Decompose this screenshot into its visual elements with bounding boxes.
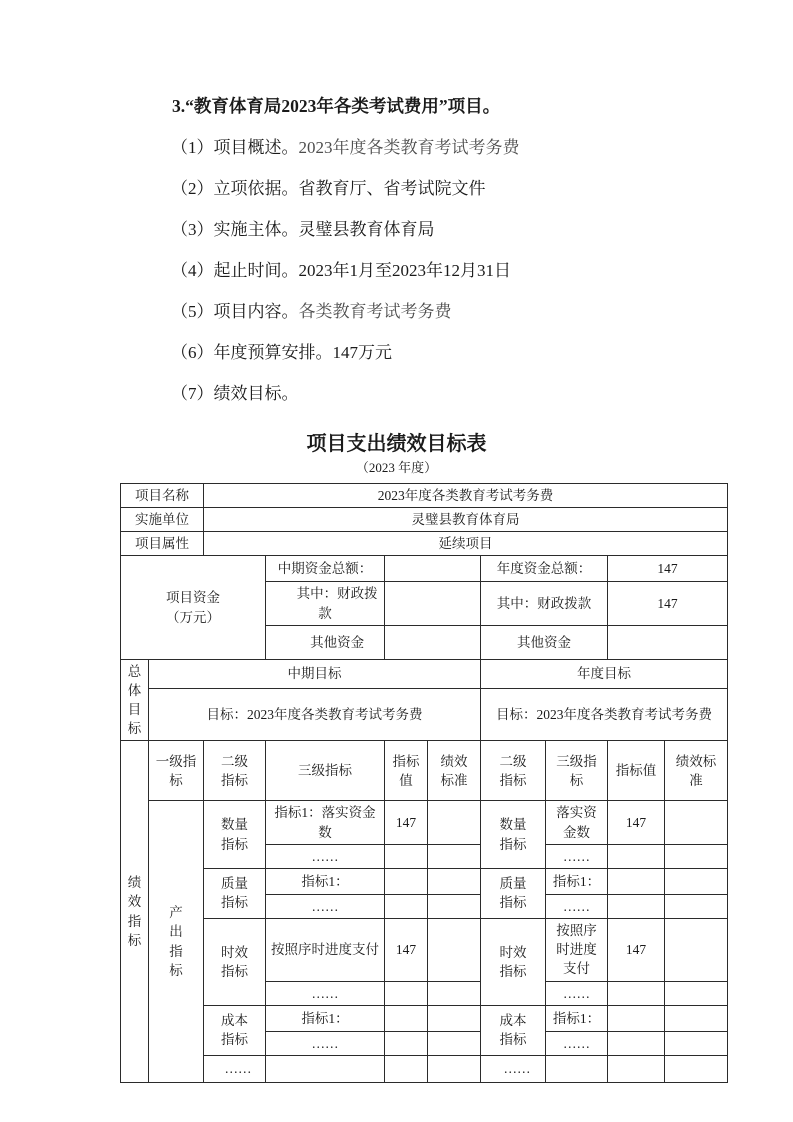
row-timeliness-1: 时效指标 按照序时进度支付 147 时效指标 按照序时进度支付 147	[121, 919, 728, 981]
empty-cell	[385, 1031, 428, 1055]
performance-indicator-label: 绩 效 指 标	[121, 741, 149, 1082]
cost-right-ellipsis: ……	[546, 1031, 608, 1055]
intro-item-6: （6）年度预算安排。147万元	[137, 332, 723, 373]
mid-total-value	[385, 556, 481, 582]
quality-indicator-label: 质量指标	[204, 868, 266, 918]
quality-left-indicator: 指标1：	[266, 868, 385, 894]
mid-fiscal-label: 其中：财政拨款	[266, 582, 385, 625]
row-quality-1: 质量指标 指标1： 质量指标 指标1：	[121, 868, 728, 894]
empty-cell	[665, 1055, 728, 1082]
empty-cell	[385, 894, 428, 918]
annual-total-value: 147	[608, 556, 728, 582]
row-quantity-1: 产 出 指 标 数量指标 指标1：落实资金数 147 数量指标 落实资金数 14…	[121, 801, 728, 844]
intro-item-1-label: （1）项目概述。	[171, 138, 299, 157]
quality-right-indicator: 指标1：	[546, 868, 608, 894]
quantity-right-indicator: 落实资金数	[546, 801, 608, 844]
quantity-right-ellipsis: ……	[546, 844, 608, 868]
header-level2-right: 二级指标	[481, 741, 546, 801]
mid-goal-header: 中期目标	[149, 659, 481, 688]
empty-cell	[608, 894, 665, 918]
mid-other-value	[385, 625, 481, 659]
annual-other-value	[608, 625, 728, 659]
intro-item-5: （5）项目内容。各类教育考试考务费	[137, 291, 723, 332]
empty-cell	[266, 1055, 385, 1082]
project-name-value: 2023年度各类教育考试考务费	[204, 484, 728, 508]
row-cost-1: 成本指标 指标1： 成本指标 指标1：	[121, 1005, 728, 1031]
empty-cell	[665, 894, 728, 918]
empty-cell	[665, 981, 728, 1005]
timeliness-indicator-label: 时效指标	[204, 919, 266, 1006]
project-attribute-label: 项目属性	[121, 532, 204, 556]
quantity-right-value: 147	[608, 801, 665, 844]
row-funding-total: 项目资金 （万元） 中期资金总额： 年度资金总额： 147	[121, 556, 728, 582]
implementing-unit-value: 灵璧县教育体育局	[204, 508, 728, 532]
quantity-indicator-label-right: 数量指标	[481, 801, 546, 868]
header-level3-left: 三级指标	[266, 741, 385, 801]
annual-goal-header: 年度目标	[481, 659, 728, 688]
table-subtitle: （2023 年度）	[0, 458, 793, 478]
empty-cell	[428, 844, 481, 868]
empty-cell	[546, 1055, 608, 1082]
intro-item-6-label: （6）年度预算安排。	[171, 343, 333, 362]
empty-cell	[385, 1055, 428, 1082]
funding-label: 项目资金 （万元）	[121, 556, 266, 659]
intro-item-3: （3）实施主体。灵璧县教育体育局	[137, 209, 723, 250]
empty-cell	[665, 868, 728, 894]
annual-total-label: 年度资金总额：	[481, 556, 608, 582]
level2-left-ellipsis: ……	[204, 1055, 266, 1082]
row-more-indicators: …… ……	[121, 1055, 728, 1082]
empty-cell	[428, 1005, 481, 1031]
timeliness-indicator-label-right: 时效指标	[481, 919, 546, 1006]
intro-section: 3.“教育体育局2023年各类考试费用”项目。 （1）项目概述。2023年度各类…	[0, 0, 793, 414]
quantity-left-value: 147	[385, 801, 428, 844]
intro-item-7-label: （7）绩效目标。	[171, 384, 299, 403]
intro-item-2-label: （2）立项依据。	[171, 179, 299, 198]
mid-fiscal-value	[385, 582, 481, 625]
annual-fiscal-value: 147	[608, 582, 728, 625]
timeliness-right-indicator: 按照序时进度支付	[546, 919, 608, 981]
row-goal-text: 目标：2023年度各类教育考试考务费 目标：2023年度各类教育考试考务费	[121, 688, 728, 741]
project-name-label: 项目名称	[121, 484, 204, 508]
implementing-unit-label: 实施单位	[121, 508, 204, 532]
quantity-left-ellipsis: ……	[266, 844, 385, 868]
intro-item-4-label: （4）起止时间。	[171, 261, 299, 280]
empty-cell	[608, 1005, 665, 1031]
empty-cell	[608, 981, 665, 1005]
intro-item-4-value: 2023年1月至2023年12月31日	[299, 261, 512, 280]
mid-total-label: 中期资金总额：	[266, 556, 385, 582]
timeliness-left-value: 147	[385, 919, 428, 981]
annual-fiscal-label: 其中：财政拨款	[481, 582, 608, 625]
empty-cell	[385, 981, 428, 1005]
empty-cell	[665, 1031, 728, 1055]
document-page: { "palette": { "page_bg": "#ffffff", "te…	[0, 0, 793, 1122]
timeliness-right-ellipsis: ……	[546, 981, 608, 1005]
empty-cell	[665, 844, 728, 868]
header-standard-right: 绩效标准	[665, 741, 728, 801]
header-level1: 一级指标	[149, 741, 204, 801]
timeliness-right-value: 147	[608, 919, 665, 981]
header-standard-left: 绩效标准	[428, 741, 481, 801]
cost-right-indicator: 指标1：	[546, 1005, 608, 1031]
empty-cell	[665, 919, 728, 981]
intro-item-3-label: （3）实施主体。	[171, 220, 299, 239]
intro-item-4: （4）起止时间。2023年1月至2023年12月31日	[137, 250, 723, 291]
level2-right-ellipsis: ……	[481, 1055, 546, 1082]
intro-item-1: （1）项目概述。2023年度各类教育考试考务费	[137, 127, 723, 168]
header-value-left: 指标值	[385, 741, 428, 801]
row-implementing-unit: 实施单位 灵璧县教育体育局	[121, 508, 728, 532]
quality-right-ellipsis: ……	[546, 894, 608, 918]
performance-target-table: 项目名称 2023年度各类教育考试考务费 实施单位 灵璧县教育体育局 项目属性 …	[120, 483, 728, 1083]
intro-item-2: （2）立项依据。省教育厅、省考试院文件	[137, 168, 723, 209]
timeliness-left-indicator: 按照序时进度支付	[266, 919, 385, 981]
header-level3-right: 三级指标	[546, 741, 608, 801]
empty-cell	[665, 801, 728, 844]
mid-other-label: 其他资金	[266, 625, 385, 659]
header-value-right: 指标值	[608, 741, 665, 801]
cost-indicator-label: 成本指标	[204, 1005, 266, 1055]
table-title: 项目支出绩效目标表	[0, 430, 793, 458]
intro-item-1-value: 2023年度各类教育考试考务费	[299, 138, 520, 157]
annual-other-label: 其他资金	[481, 625, 608, 659]
intro-item-5-label: （5）项目内容。	[171, 302, 299, 321]
cost-left-ellipsis: ……	[266, 1031, 385, 1055]
empty-cell	[428, 801, 481, 844]
row-project-attribute: 项目属性 延续项目	[121, 532, 728, 556]
empty-cell	[665, 1005, 728, 1031]
empty-cell	[428, 981, 481, 1005]
empty-cell	[385, 1005, 428, 1031]
empty-cell	[428, 1055, 481, 1082]
cost-left-indicator: 指标1：	[266, 1005, 385, 1031]
overall-goal-label: 总 体 目 标	[121, 659, 149, 741]
quality-indicator-label-right: 质量指标	[481, 868, 546, 918]
quality-left-ellipsis: ……	[266, 894, 385, 918]
intro-item-3-value: 灵璧县教育体育局	[299, 220, 435, 239]
intro-item-2-value: 省教育厅、省考试院文件	[299, 179, 486, 198]
intro-item-7: （7）绩效目标。	[137, 373, 723, 414]
empty-cell	[608, 1031, 665, 1055]
empty-cell	[428, 894, 481, 918]
intro-item-5-value: 各类教育考试考务费	[299, 302, 452, 321]
empty-cell	[385, 844, 428, 868]
header-level2-left: 二级指标	[204, 741, 266, 801]
empty-cell	[428, 919, 481, 981]
section-heading: 3.“教育体育局2023年各类考试费用”项目。	[137, 86, 723, 127]
empty-cell	[428, 868, 481, 894]
quantity-left-indicator: 指标1：落实资金数	[266, 801, 385, 844]
row-project-name: 项目名称 2023年度各类教育考试考务费	[121, 484, 728, 508]
row-indicator-headers: 绩 效 指 标 一级指标 二级指标 三级指标 指标值 绩效标准 二级指标 三级指…	[121, 741, 728, 801]
cost-indicator-label-right: 成本指标	[481, 1005, 546, 1055]
timeliness-left-ellipsis: ……	[266, 981, 385, 1005]
output-indicator-label: 产 出 指 标	[149, 801, 204, 1082]
empty-cell	[608, 844, 665, 868]
row-goal-headers: 总 体 目 标 中期目标 年度目标	[121, 659, 728, 688]
empty-cell	[608, 868, 665, 894]
annual-goal-text: 目标：2023年度各类教育考试考务费	[481, 688, 728, 741]
mid-goal-text: 目标：2023年度各类教育考试考务费	[149, 688, 481, 741]
quantity-indicator-label: 数量指标	[204, 801, 266, 868]
empty-cell	[385, 868, 428, 894]
empty-cell	[608, 1055, 665, 1082]
intro-item-6-value: 147万元	[333, 343, 393, 362]
empty-cell	[428, 1031, 481, 1055]
project-attribute-value: 延续项目	[204, 532, 728, 556]
